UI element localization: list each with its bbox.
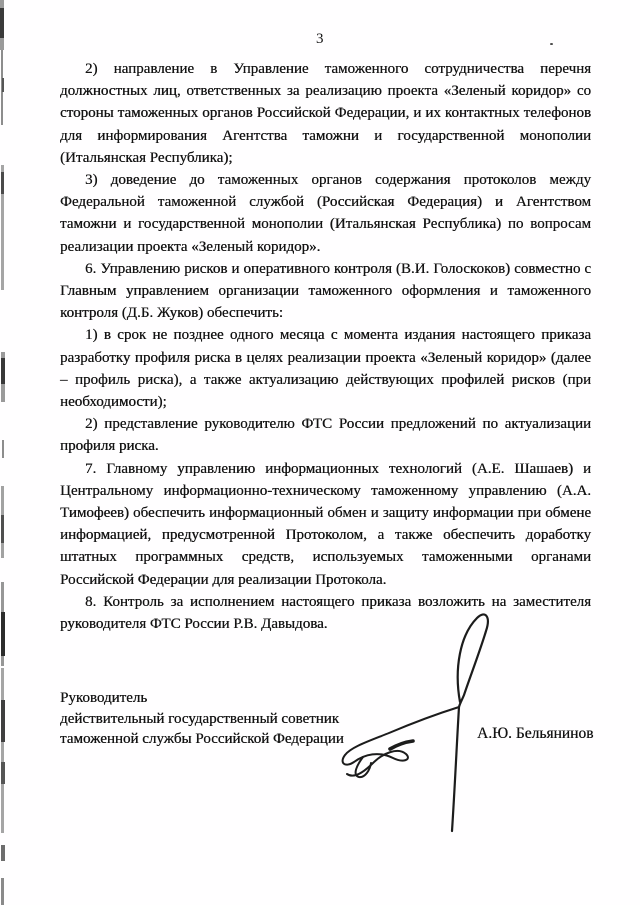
signatory-name: А.Ю. Бельянинов [477, 725, 593, 743]
document-page: 3 2) направление в Управление таможенног… [0, 0, 640, 905]
page-number: 3 [0, 31, 640, 48]
scan-artifact [2, 78, 4, 92]
scan-artifact [1, 515, 4, 543]
document-body: 2) направление в Управление таможенного … [60, 58, 591, 635]
scan-artifact [1, 762, 5, 784]
paragraph-subitem-2: 2) представление руководителю ФТС России… [60, 413, 591, 457]
scan-artifact [1, 878, 4, 905]
scan-artifact [1, 668, 4, 833]
scan-artifact [1, 358, 5, 384]
paragraph-item-3: 3) доведение до таможенных органов содер… [60, 169, 591, 258]
scan-artifact [1, 700, 5, 742]
signature-autograph [333, 607, 503, 837]
scan-artifact [1, 612, 5, 656]
scan-artifact [1, 845, 5, 861]
scan-artifact [1, 172, 4, 194]
paragraph-clause-6: 6. Управлению рисков и оперативного конт… [60, 258, 591, 325]
paragraph-clause-8: 8. Контроль за исполнением настоящего пр… [60, 591, 591, 635]
paragraph-clause-7: 7. Главному управлению информационных те… [60, 458, 591, 591]
scan-artifact [2, 440, 4, 458]
paragraph-item-2: 2) направление в Управление таможенного … [60, 58, 591, 169]
paragraph-subitem-1: 1) в срок не позднее одного месяца с мом… [60, 324, 591, 413]
ink-speck [550, 43, 553, 45]
